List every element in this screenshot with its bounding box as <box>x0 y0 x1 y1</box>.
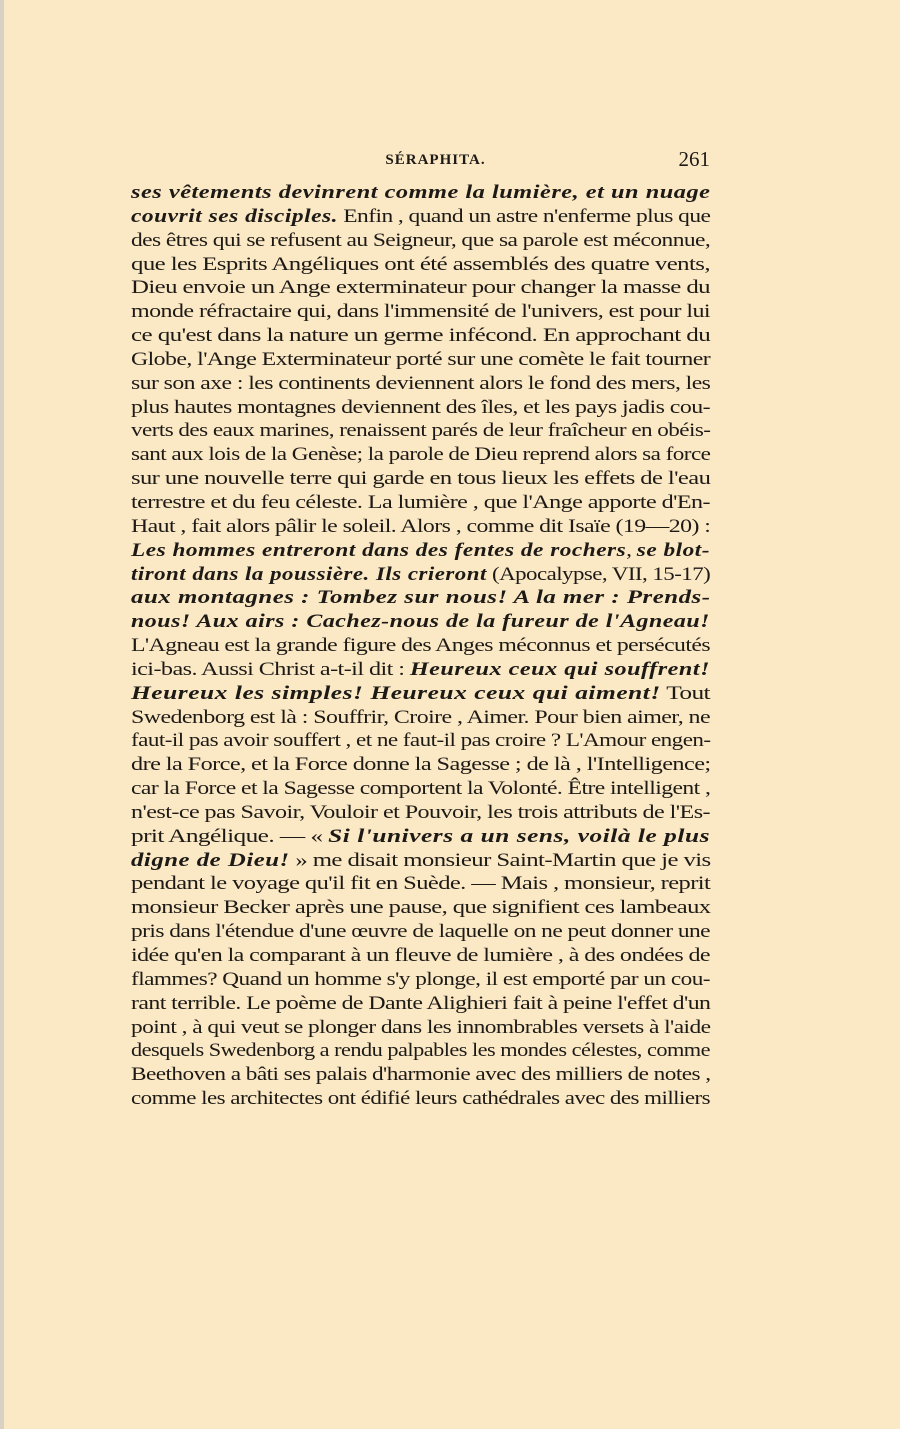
page-header: SÉRAPHITA. 261 <box>131 150 710 176</box>
italic-segment: couvrit ses disciples. <box>131 206 338 227</box>
text-line: nous! Aux airs : Cachez-nous de la fureu… <box>131 610 710 634</box>
text-line: dre la Force, et la Force donne la Sages… <box>131 753 710 777</box>
text-line: flammes? Quand un homme s'y plonge, il e… <box>131 968 710 992</box>
text-line: sant aux lois de la Genèse; la parole de… <box>131 443 710 467</box>
text-line: monde réfractaire qui, dans l'immensité … <box>131 300 710 324</box>
text-segment: sant aux lois de la Genèse; la parole de… <box>131 444 710 465</box>
text-line: faut-il pas avoir souffert , et ne faut-… <box>131 729 710 753</box>
text-segment: terrestre et du feu céleste. La lumière … <box>131 492 710 513</box>
text-segment: que les Esprits Angéliques ont été assem… <box>131 254 710 275</box>
text-segment: monde réfractaire qui, dans l'immensité … <box>131 301 710 322</box>
text-line: desquels Swedenborg a rendu palpables le… <box>131 1039 710 1063</box>
text-segment: plus hautes montagnes deviennent des île… <box>131 397 710 418</box>
text-segment: ce qu'est dans la nature un germe inféco… <box>131 325 710 346</box>
text-line: idée qu'en la comparant à un fleuve de l… <box>131 944 710 968</box>
text-segment: desquels Swedenborg a rendu palpables le… <box>131 1040 710 1061</box>
text-segment: ici-bas. Aussi Christ a-t-il dit : <box>131 659 410 680</box>
text-line: L'Agneau est la grande figure des Anges … <box>131 634 710 658</box>
text-segment: sur son axe : les continents deviennent … <box>131 373 710 394</box>
text-line: Heureux les simples! Heureux ceux qui ai… <box>131 682 710 706</box>
text-segment: des êtres qui se refusent au Seigneur, q… <box>131 230 710 251</box>
text-segment: pendant le voyage qu'il fit en Suède. — … <box>131 873 710 894</box>
text-segment: comme les architectes ont édifié leurs c… <box>131 1088 710 1109</box>
text-line: ce qu'est dans la nature un germe inféco… <box>131 324 710 348</box>
text-line: Beethoven a bâti ses palais d'harmonie a… <box>131 1063 710 1087</box>
text-line: couvrit ses disciples. Enfin , quand un … <box>131 205 710 229</box>
text-line: Dieu envoie un Ange exterminateur pour c… <box>131 276 710 300</box>
text-segment: prit Angélique. — « <box>131 826 328 847</box>
text-segment: car la Force et la Sagesse comportent la… <box>131 778 710 799</box>
text-line: Globe, l'Ange Exterminateur porté sur un… <box>131 348 710 372</box>
text-line: Les hommes entreront dans des fentes de … <box>131 539 710 563</box>
text-line: terrestre et du feu céleste. La lumière … <box>131 491 710 515</box>
text-segment: monsieur Becker après une pause, que sig… <box>131 897 710 918</box>
text-segment: pris dans l'étendue d'une œuvre de laque… <box>131 921 710 942</box>
text-segment: flammes? Quand un homme s'y plonge, il e… <box>131 969 710 990</box>
text-line: ici-bas. Aussi Christ a-t-il dit : Heure… <box>131 658 710 682</box>
text-line: monsieur Becker après une pause, que sig… <box>131 896 710 920</box>
text-segment: faut-il pas avoir souffert , et ne faut-… <box>131 730 711 751</box>
text-segment: (Apocalypse, VII, 15-17) <box>487 564 710 585</box>
text-line: digne de Dieu! » me disait monsieur Sain… <box>131 849 710 873</box>
italic-segment: Heureux ceux qui souffrent! <box>410 659 710 680</box>
text-segment: Enfin , quand un astre n'enferme plus qu… <box>338 206 710 227</box>
text-line: rant terrible. Le poème de Dante Alighie… <box>131 992 710 1016</box>
text-line: n'est-ce pas Savoir, Vouloir et Pouvoir,… <box>131 801 710 825</box>
text-line: point , à qui veut se plonger dans les i… <box>131 1016 710 1040</box>
italic-segment: tiront dans la poussière. Ils crieront <box>131 564 487 585</box>
text-segment: Tout <box>661 683 710 704</box>
italic-segment: aux montagnes : Tombez sur nous! A la me… <box>131 587 711 608</box>
text-line: Haut , fait alors pâlir le soleil. Alors… <box>131 515 710 539</box>
text-line: comme les architectes ont édifié leurs c… <box>131 1087 710 1111</box>
text-segment: L'Agneau est la grande figure des Anges … <box>131 635 710 656</box>
text-line: prit Angélique. — « Si l'univers a un se… <box>131 825 710 849</box>
text-line: ses vêtements devinrent comme la lumière… <box>131 181 710 205</box>
text-segment: Beethoven a bâti ses palais d'harmonie a… <box>131 1064 711 1085</box>
text-line: que les Esprits Angéliques ont été assem… <box>131 253 710 277</box>
page-number: 261 <box>679 147 711 172</box>
text-line: sur son axe : les continents deviennent … <box>131 372 710 396</box>
text-segment: dre la Force, et la Force donne la Sages… <box>131 754 711 775</box>
text-segment: Swedenborg est là : Souffrir, Croire , A… <box>131 707 710 728</box>
italic-segment: nous! Aux airs : Cachez-nous de la fureu… <box>131 611 710 632</box>
italic-segment: Heureux les simples! Heureux ceux qui ai… <box>131 683 661 704</box>
text-segment: Haut , fait alors pâlir le soleil. Alors… <box>131 516 710 537</box>
text-line: plus hautes montagnes deviennent des île… <box>131 396 710 420</box>
italic-segment: Les hommes entreront dans des fentes de … <box>131 540 626 561</box>
text-line: Swedenborg est là : Souffrir, Croire , A… <box>131 706 710 730</box>
italic-segment: Si l'univers a un sens, voilà le plus <box>328 826 710 847</box>
text-segment: » me disait monsieur Saint-Martin que je… <box>290 850 711 871</box>
text-line: pris dans l'étendue d'une œuvre de laque… <box>131 920 710 944</box>
text-line: aux montagnes : Tombez sur nous! A la me… <box>131 586 710 610</box>
text-line: car la Force et la Sagesse comportent la… <box>131 777 710 801</box>
text-line: des êtres qui se refusent au Seigneur, q… <box>131 229 710 253</box>
scan-edge <box>0 0 4 1429</box>
body-text: ses vêtements devinrent comme la lumière… <box>131 181 710 1111</box>
text-segment: Dieu envoie un Ange exterminateur pour c… <box>131 277 710 298</box>
text-segment: , <box>626 540 637 561</box>
italic-segment: se blot- <box>637 540 710 561</box>
running-title: SÉRAPHITA. <box>131 152 710 169</box>
text-line: pendant le voyage qu'il fit en Suède. — … <box>131 872 710 896</box>
text-segment: idée qu'en la comparant à un fleuve de l… <box>131 945 710 966</box>
text-line: verts des eaux marines, renaissent parés… <box>131 419 710 443</box>
text-segment: rant terrible. Le poème de Dante Alighie… <box>131 993 710 1014</box>
text-segment: n'est-ce pas Savoir, Vouloir et Pouvoir,… <box>131 802 710 823</box>
italic-segment: digne de Dieu! <box>131 850 290 871</box>
text-segment: verts des eaux marines, renaissent parés… <box>131 420 710 441</box>
text-segment: point , à qui veut se plonger dans les i… <box>131 1017 711 1038</box>
italic-segment: ses vêtements devinrent comme la lumière… <box>131 182 710 203</box>
text-line: tiront dans la poussière. Ils crieront (… <box>131 563 710 587</box>
text-segment: sur une nouvelle terre qui garde en tous… <box>131 468 710 489</box>
text-segment: Globe, l'Ange Exterminateur porté sur un… <box>131 349 710 370</box>
book-page: SÉRAPHITA. 261 ses vêtements devinrent c… <box>131 0 710 1429</box>
text-line: sur une nouvelle terre qui garde en tous… <box>131 467 710 491</box>
